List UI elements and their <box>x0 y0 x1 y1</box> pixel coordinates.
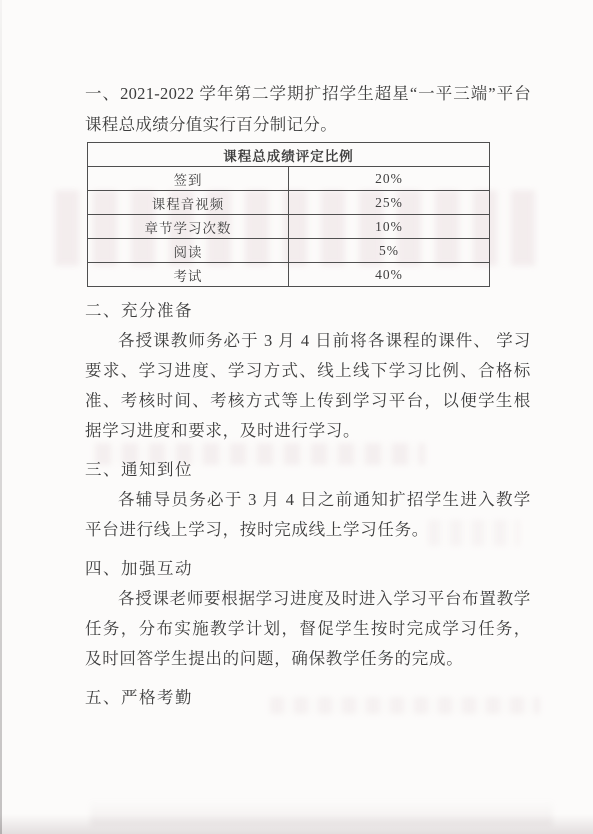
item-cell: 章节学习次数 <box>88 215 289 239</box>
section-2-heading: 二、充分准备 <box>85 296 531 326</box>
section-1-paragraph: 一、2021-2022 学年第二学期扩招学生超星“一平三端”平台课程总成绩分值实… <box>85 78 531 140</box>
table-row: 阅读 5% <box>88 239 490 263</box>
percent-cell: 25% <box>289 191 490 215</box>
section-3-heading: 三、通知到位 <box>85 455 531 485</box>
table-row: 考试 40% <box>88 263 490 287</box>
section-2-paragraph: 各授课教师务必于 3 月 4 日前将各课程的课件、 学习要求、学习进度、学习方式… <box>85 326 531 446</box>
item-cell: 考试 <box>88 263 289 287</box>
scan-shadow <box>0 814 593 834</box>
document-body: 一、2021-2022 学年第二学期扩招学生超星“一平三端”平台课程总成绩分值实… <box>85 78 531 713</box>
table-title: 课程总成绩评定比例 <box>88 143 490 167</box>
grade-ratio-table: 课程总成绩评定比例 签到 20% 课程音视频 25% 章节学习次数 10% 阅读… <box>87 142 490 287</box>
percent-cell: 5% <box>289 239 490 263</box>
table-title-row: 课程总成绩评定比例 <box>88 143 490 167</box>
percent-cell: 10% <box>289 215 490 239</box>
scanned-document-page: 一、2021-2022 学年第二学期扩招学生超星“一平三端”平台课程总成绩分值实… <box>0 0 593 834</box>
section-3-paragraph: 各辅导员务必于 3 月 4 日之前通知扩招学生进入教学平台进行线上学习，按时完成… <box>85 485 531 545</box>
section-4-paragraph: 各授课老师要根据学习进度及时进入学习平台布置教学任务，分布实施教学计划，督促学生… <box>85 584 531 674</box>
section-4-heading: 四、加强互动 <box>85 554 531 584</box>
item-cell: 签到 <box>88 167 289 191</box>
section-5-heading: 五、严格考勤 <box>85 683 531 713</box>
item-cell: 阅读 <box>88 239 289 263</box>
table-row: 章节学习次数 10% <box>88 215 490 239</box>
percent-cell: 40% <box>289 263 490 287</box>
table-row: 签到 20% <box>88 167 490 191</box>
item-cell: 课程音视频 <box>88 191 289 215</box>
percent-cell: 20% <box>289 167 490 191</box>
page-edge <box>0 0 2 834</box>
table-row: 课程音视频 25% <box>88 191 490 215</box>
